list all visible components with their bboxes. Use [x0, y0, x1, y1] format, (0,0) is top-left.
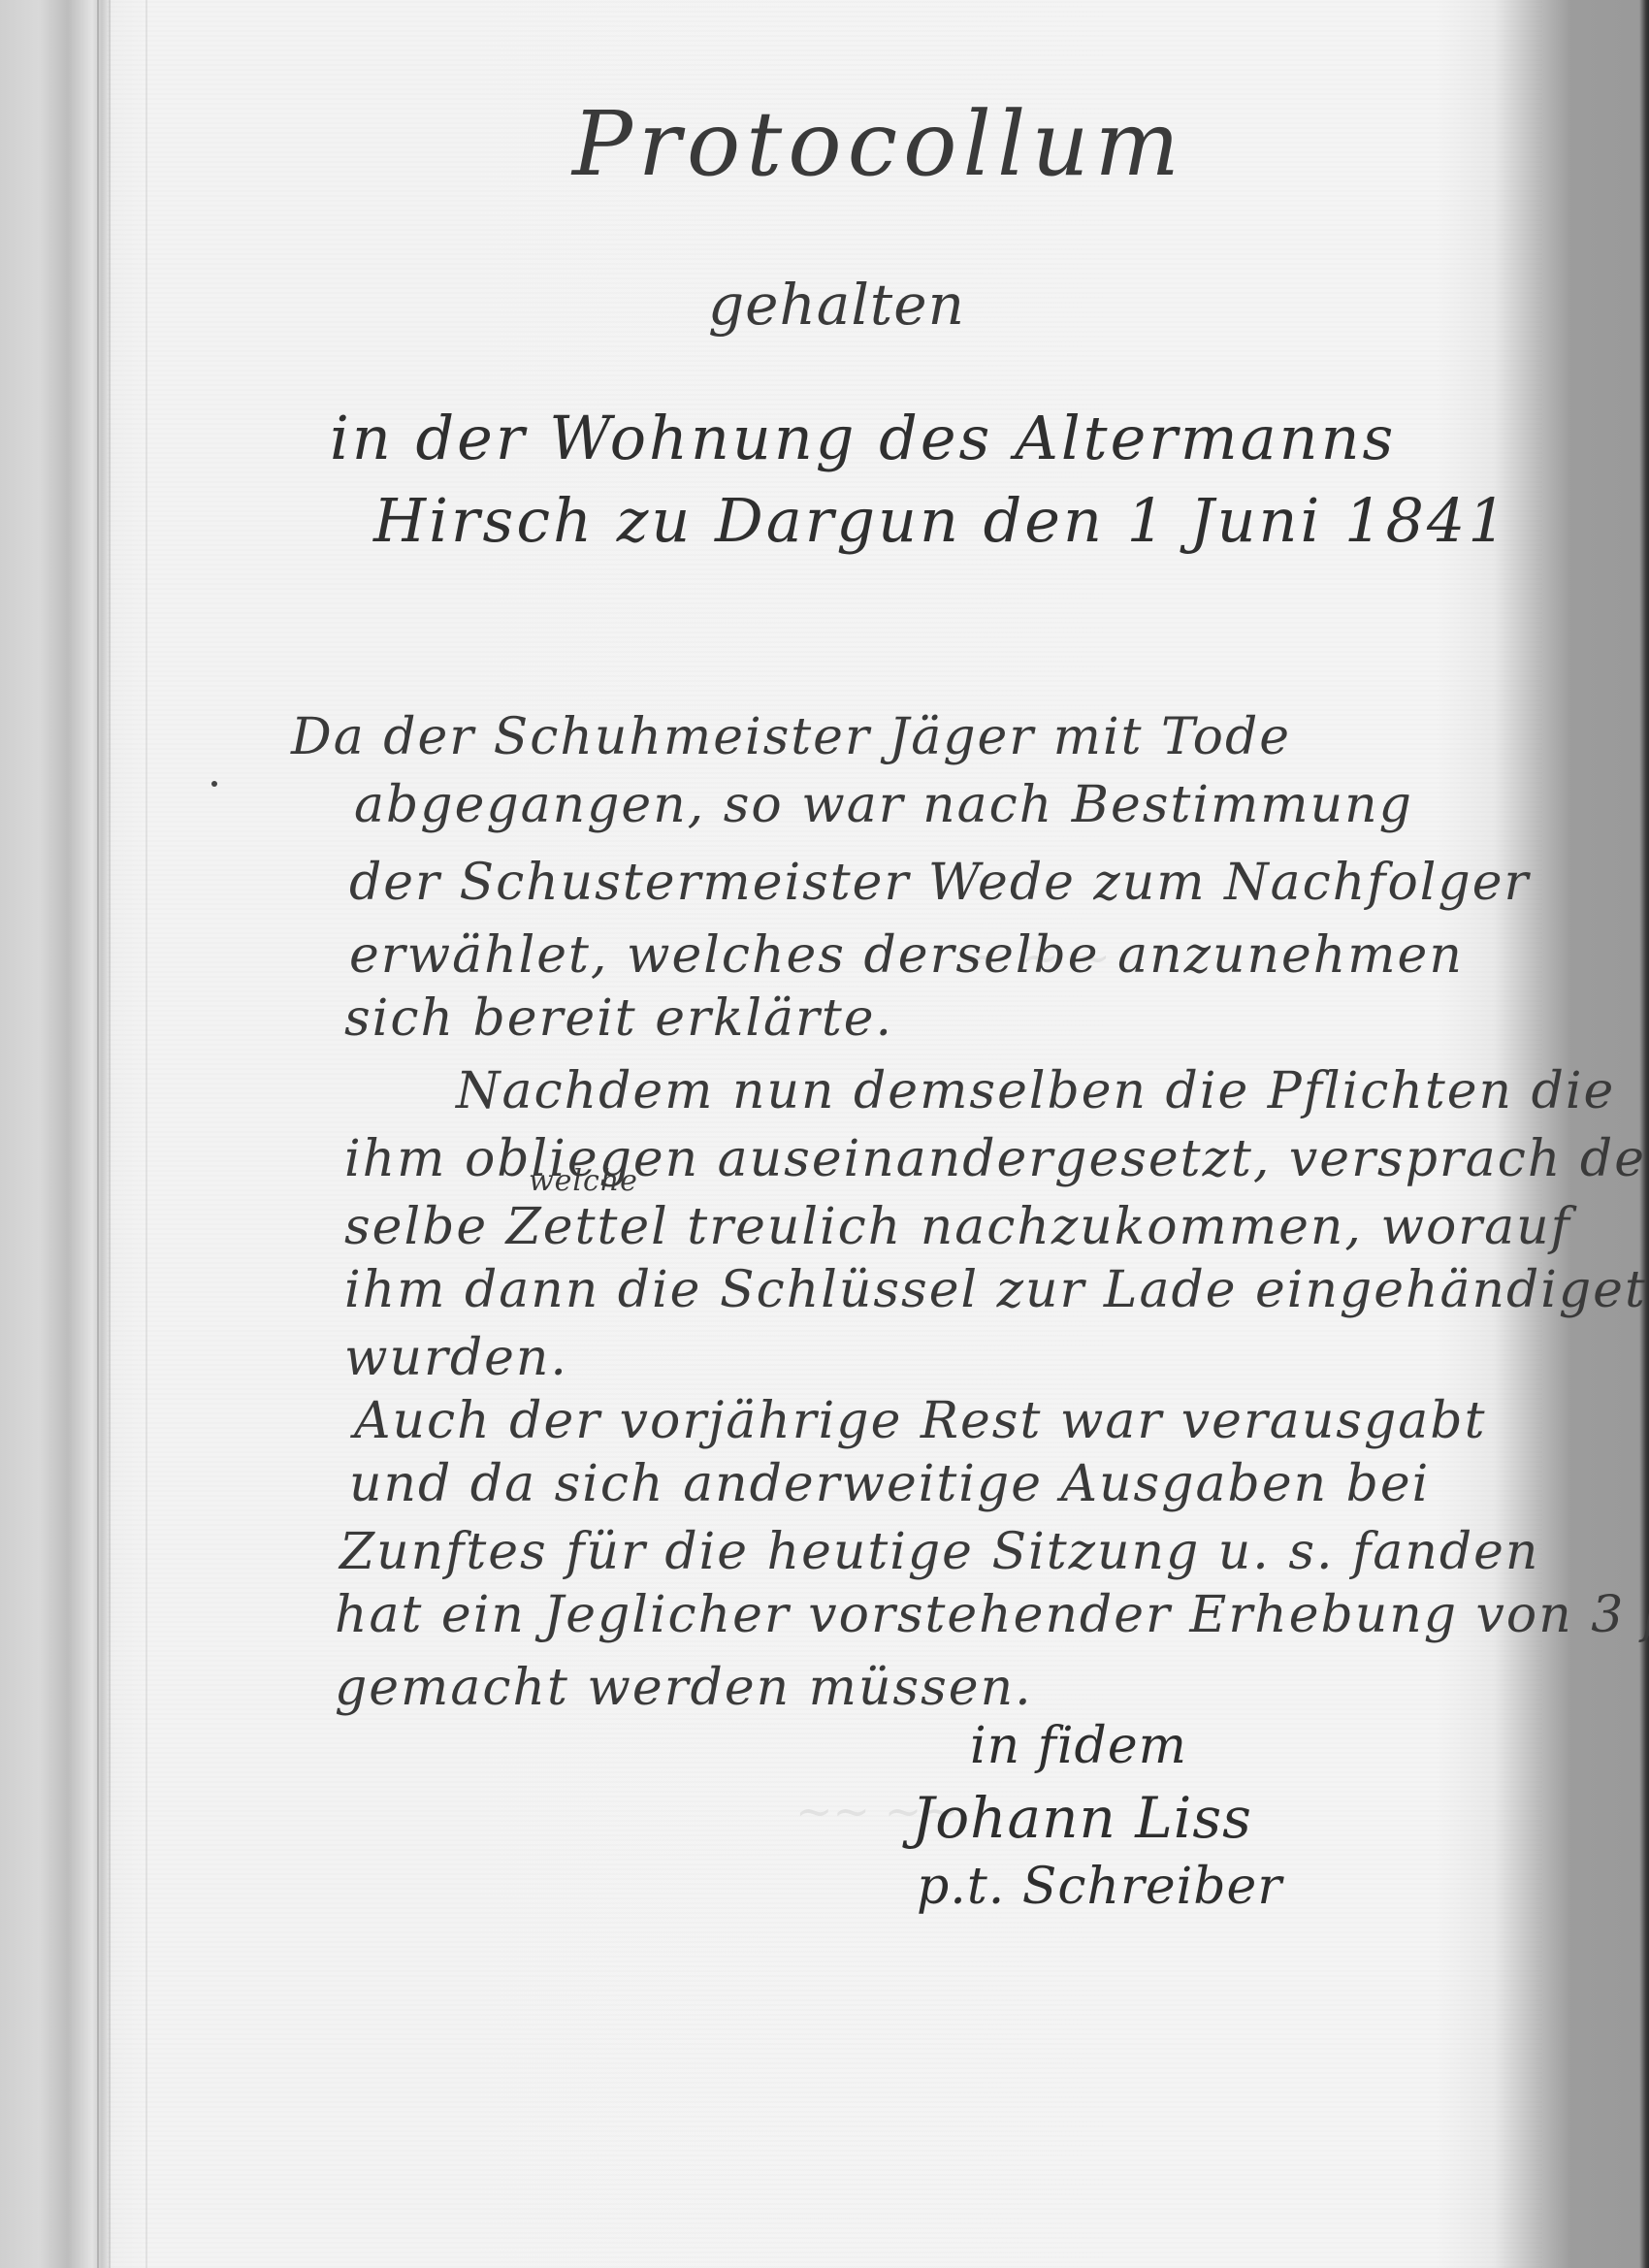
- heading-line-2: Hirsch zu Dargun den 1 Juni 1841: [373, 485, 1509, 556]
- document-subtitle: gehalten: [708, 272, 965, 338]
- body-line: erwählet, welches derselbe anzunehmen: [349, 926, 1464, 985]
- gutter-fold-line: [145, 0, 147, 2268]
- body-line: Nachdem nun demselben die Pflichten die: [456, 1062, 1615, 1120]
- body-line: Zunftes für die heutige Sitzung u. s. fa…: [339, 1523, 1539, 1581]
- gutter-fold-line: [109, 0, 111, 2268]
- body-line: Auch der vorjährige Rest war verausgabt: [354, 1392, 1486, 1450]
- body-line: sich bereit erklärte.: [344, 989, 893, 1048]
- body-line: abgegangen, so war nach Bestimmung: [354, 776, 1413, 834]
- body-line: Da der Schuhmeister Jäger mit Tode: [291, 708, 1291, 766]
- signature-name: Johann Liss: [912, 1785, 1252, 1851]
- body-line: selbe Zettel treulich nachzukommen, wora…: [344, 1198, 1571, 1256]
- document-title: Protocollum: [572, 92, 1185, 196]
- heading-line-1: in der Wohnung des Altermanns: [330, 403, 1396, 473]
- body-line: gemacht werden müssen.: [335, 1659, 1033, 1717]
- interlinear-insertion: welche: [529, 1164, 638, 1198]
- body-line: und da sich anderweitige Ausgaben bei: [349, 1455, 1430, 1513]
- body-line: der Schustermeister Wede zum Nachfolger: [349, 854, 1530, 912]
- signature-role: p.t. Schreiber: [917, 1858, 1282, 1916]
- margin-mark: [211, 781, 217, 787]
- signature-formula: in fidem: [970, 1717, 1187, 1775]
- body-line: wurden.: [344, 1329, 568, 1387]
- gutter-fold-line: [97, 0, 99, 2268]
- body-line: ihm dann die Schlüssel zur Lade eingehän…: [344, 1261, 1647, 1319]
- body-line: hat ein Jeglicher vorstehender Erhebung …: [335, 1586, 1649, 1644]
